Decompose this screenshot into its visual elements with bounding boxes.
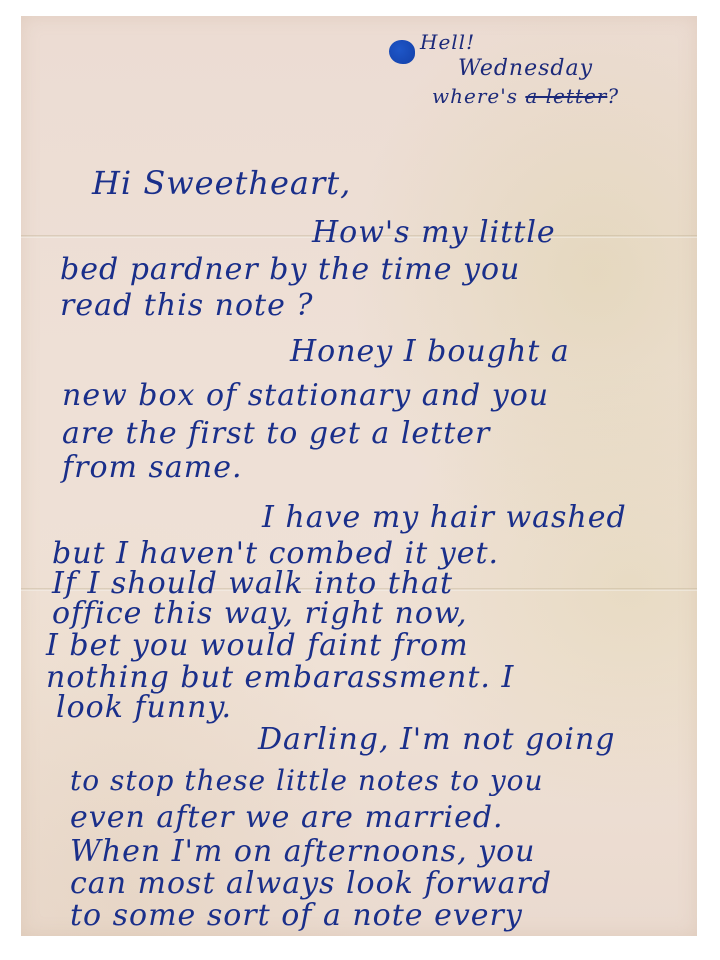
letter-line: bed pardner by the time you <box>60 252 520 287</box>
letter-line: Honey I bought a <box>290 334 570 369</box>
letter-line: new box of stationary and you <box>62 378 549 413</box>
letter-line: read this note ? <box>60 288 313 323</box>
letter-line: How's my little <box>312 215 556 250</box>
letter-line: even after we are married. <box>70 800 504 835</box>
header-question-struck: a letter <box>525 84 607 108</box>
letter-line: Darling, I'm not going <box>258 722 616 757</box>
header-day: Wednesday <box>458 56 593 81</box>
letter-line: look funny. <box>56 690 232 725</box>
header-exclamation: Hell! <box>420 30 475 54</box>
ink-blot <box>389 40 415 64</box>
letter-line: to some sort of a note every <box>70 898 523 933</box>
letter-line: from same. <box>62 450 243 485</box>
letter-line: When I'm on afternoons, you <box>70 834 535 869</box>
header-question-prefix: where's <box>432 84 525 108</box>
header-question-suffix: ? <box>607 84 619 108</box>
letter-line: to stop these little notes to you <box>70 764 544 797</box>
letter-line: are the first to get a letter <box>62 416 490 451</box>
letter-line: can most always look forward <box>70 866 552 901</box>
letter-line: I bet you would faint from <box>46 628 469 663</box>
letter-line: I have my hair washed <box>262 500 627 535</box>
header-question: where's a letter? <box>432 84 619 108</box>
salutation: Hi Sweetheart, <box>92 164 351 202</box>
letter-line: office this way, right now, <box>52 596 468 631</box>
